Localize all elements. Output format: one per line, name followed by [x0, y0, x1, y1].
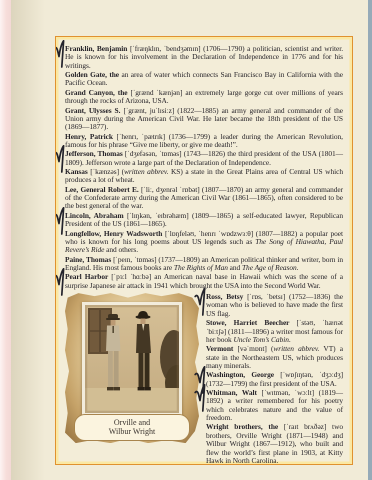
dictionary-entry: Stowe, Harriet Beecher [ˈstəʊ, ˈhærɪət ˈ… — [206, 319, 343, 344]
photo-frame — [82, 302, 182, 416]
dictionary-entry: Henry, Patrick [ˈhenrɪ, ˈpætrɪk] (1736—1… — [65, 133, 343, 150]
page-gutter-shade — [11, 0, 45, 480]
dictionary-entry: Pearl Harbor [ˈpɜːl ˈhɑːbə] an American … — [65, 273, 343, 290]
photo-caption-line2: Wilbur Wright — [77, 427, 187, 437]
dictionary-entry: Franklin, Benjamin [ˈfræŋklɪn, ˈbendʒəmɪ… — [65, 45, 343, 70]
dictionary-entry: Jefferson, Thomas [ˈdʒefəsən, ˈtɒməs] (1… — [65, 150, 343, 167]
entry-text: and — [228, 263, 242, 272]
dictionary-entry: Longfellow, Henry Wadsworth [ˈlɒŋfeləʊ, … — [65, 230, 343, 255]
dictionary-entry: Kansas [ˈkænzəs] (written abbrev. KS) a … — [65, 168, 343, 185]
tick-mark-icon — [55, 268, 65, 298]
dictionary-entry: Lee, General Robert E. [ˈliː, dʒenrəl ˈr… — [65, 186, 343, 211]
wright-brothers-image — [85, 305, 179, 413]
entry-italic-text: The Rights of Man — [174, 263, 228, 272]
photo-caption: Orville and Wilbur Wright — [74, 414, 190, 441]
dictionary-entry: Vermont [vəˈmɒnt] (written abbrev. VT) a… — [206, 345, 343, 370]
dictionary-entry: Ross, Betsy [ˈrɒs, ˈbetsɪ] (1752—1836) t… — [206, 293, 343, 318]
entry-text: . — [297, 263, 299, 272]
dictionary-entry: Grant, Ulysses S. [ˈgrænt, juˈlɪsiːz] (1… — [65, 107, 343, 132]
dictionary-panel: Franklin, Benjamin [ˈfræŋklɪn, ˈbendʒəmɪ… — [55, 36, 353, 465]
dictionary-entry: Washington, George [ˈwɒʃɪŋtən, ˈdʒɔːdʒ] … — [206, 371, 343, 388]
dictionary-entry: Paine, Thomas [ˈpeɪn, ˈtɒməs] (1737—1809… — [65, 256, 343, 273]
page-edge-left — [0, 0, 11, 480]
dictionary-entry: Whitman, Walt [ˈwɪtmən, ˈwɔːlt] (1819—18… — [206, 389, 343, 422]
dictionary-entry: Lincoln, Abraham [ˈlɪŋkən, ˈeɪbrəhæm] (1… — [65, 212, 343, 229]
entry-text: . — [289, 335, 291, 344]
book-page: Franklin, Benjamin [ˈfræŋklɪn, ˈbendʒəmɪ… — [0, 0, 372, 480]
tick-mark-icon — [55, 40, 65, 70]
entry-italic-text: Uncle Tom’s Cabin — [233, 335, 288, 344]
entry-italic-text: The Age of Reason — [242, 263, 297, 272]
wright-brothers-photo: Orville and Wilbur Wright — [65, 293, 199, 443]
entries-right-column: Ross, Betsy [ˈrɒs, ˈbetsɪ] (1752—1836) t… — [206, 293, 343, 465]
tick-mark-icon — [55, 207, 65, 237]
page-edge-right — [368, 0, 372, 480]
entry-text: and others. — [104, 245, 138, 254]
dictionary-entry: Golden Gate, the an area of water which … — [65, 71, 343, 88]
dictionary-entry: Wright brothers, the [ˈraɪt brʌðəz] two … — [206, 423, 343, 465]
entries-main-column: Franklin, Benjamin [ˈfræŋklɪn, ˈbendʒəmɪ… — [65, 45, 343, 290]
tick-mark-icon — [55, 145, 65, 175]
photo-caption-line1: Orville and — [77, 418, 187, 428]
dictionary-entry: Grand Canyon, the [ˈgrænd ˈkænjən] an ex… — [65, 89, 343, 106]
bottom-row: Orville and Wilbur Wright Ross, Betsy [ˈ… — [65, 293, 343, 465]
